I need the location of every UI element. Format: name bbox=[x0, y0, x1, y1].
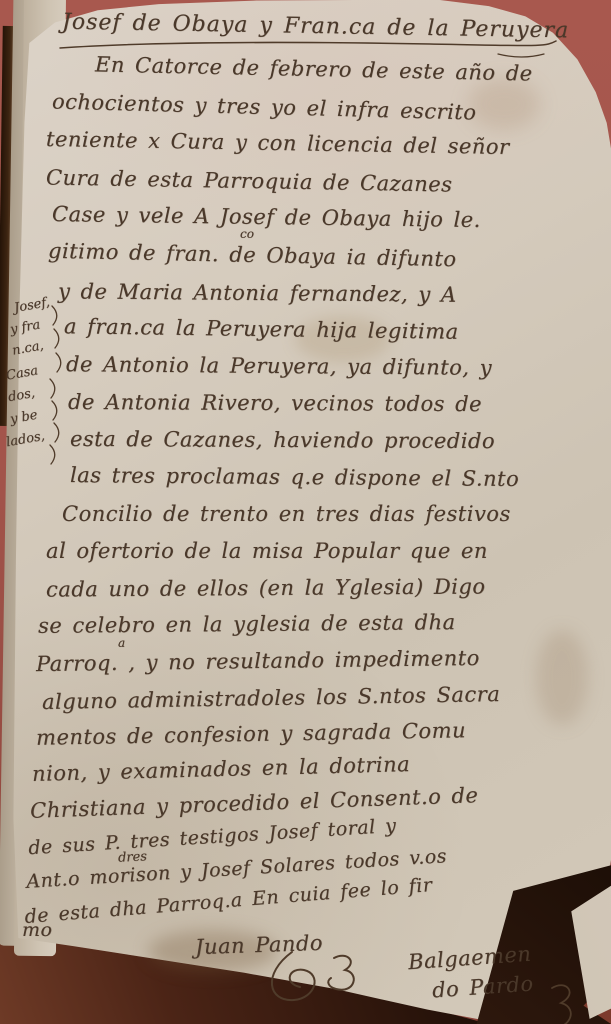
manuscript-line: se celebro en la yglesia de esta dha bbox=[38, 610, 456, 638]
manuscript-line: cada uno de ellos (en la Yglesia) Digo bbox=[46, 574, 486, 601]
manuscript-line: esta de Cazanes, haviendo procedido bbox=[70, 427, 495, 453]
manuscript-line: las tres proclamas q.e dispone el S.nto bbox=[70, 463, 519, 491]
paper-stain bbox=[536, 630, 588, 725]
manuscript-line: de Antonio la Peruyera, ya difunto, y bbox=[66, 352, 492, 380]
paper-stain bbox=[468, 78, 540, 130]
manuscript-line: y de Maria Antonia fernandez, y A bbox=[58, 279, 457, 306]
interlinear-insertion: a bbox=[118, 636, 125, 650]
manuscript-line: de Antonia Rivero, vecinos todos de bbox=[68, 390, 482, 416]
priest-signature: Juan Pando bbox=[195, 931, 324, 959]
manuscript-line: al ofertorio de la misa Popular que en bbox=[46, 539, 488, 563]
manuscript-line: mo bbox=[22, 919, 52, 941]
interlinear-insertion: dres bbox=[118, 849, 148, 865]
interlinear-insertion: co bbox=[240, 227, 254, 241]
manuscript-photo: Josef de Obaya y Fran.ca de la Peruyera … bbox=[0, 0, 611, 1024]
manuscript-line: Concilio de trento en tres dias festivos bbox=[62, 502, 511, 526]
